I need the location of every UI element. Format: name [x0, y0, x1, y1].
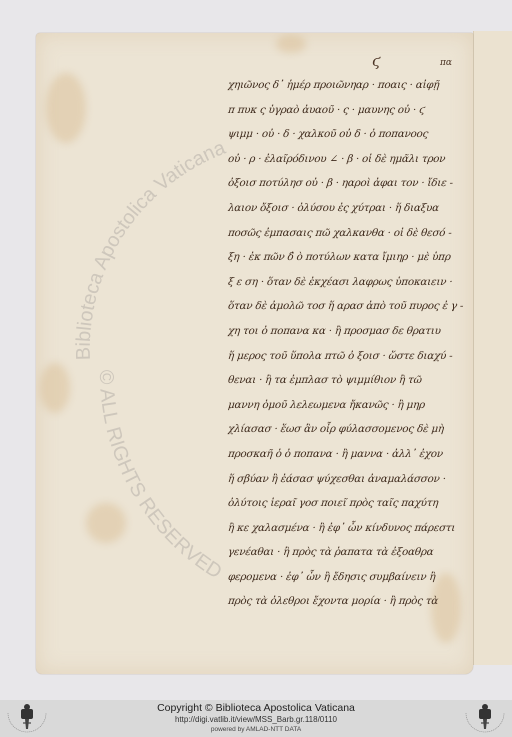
text-line: ἢ κε χαλασμένα · ἢ ἐφ᾽ ὧν κίνδυνος πάρεσ…: [227, 516, 475, 541]
text-line: ἥ σβύαν ἢ ἐάσασ ψύχεσθαι ἀναμαλάσσον ·: [227, 467, 475, 492]
text-line: μαννη ὁμοῦ λελεωμενα ἤκανῶς · ἢ μηρ: [227, 393, 475, 418]
text-line: ὀξοισ ποτύλησ οὐ · β · ηαροὶ ἀφαι τον · …: [227, 171, 475, 196]
text-line: ξ ε ση · ὅταν δὲ ἐκχέασι λαφρως ὑποκαιει…: [227, 270, 475, 295]
stain: [276, 35, 306, 53]
manuscript-text: χηιῶνος δ᾽ ἡμέρ προιῶνηαρ · ποαις · αἰφῇ…: [228, 73, 473, 614]
copyright-text: Copyright © Biblioteca Apostolica Vatica…: [0, 702, 512, 714]
stain: [40, 363, 70, 413]
folio-mark: ϛ: [372, 52, 380, 70]
text-line: θεναι · ἢ τα ἐμπλασ τὸ ψιμμίθιον ἢ τῶ: [227, 368, 475, 393]
powered-by-text: powered by AMLAD-NTT DATA: [0, 726, 512, 733]
text-line: οὐ · ρ · ἐλαῖρόδινου ∠ · β · οἱ δὲ ημᾶλι…: [227, 147, 475, 172]
permalink-url[interactable]: http://digi.vatlib.it/view/MSS_Barb.gr.1…: [0, 715, 512, 724]
copyright-footer: Copyright © Biblioteca Apostolica Vatica…: [0, 700, 512, 737]
vatican-library-logo-icon: [460, 703, 510, 735]
text-line: χηιῶνος δ᾽ ἡμέρ προιῶνηαρ · ποαις · αἰφῇ: [227, 73, 475, 98]
text-line: ξη · ἐκ πῶν δ̓ ὸ ποτύλων κατα ἴμιηρ · μὲ…: [227, 245, 475, 270]
facing-page-edge: [473, 31, 512, 665]
image-viewer: Biblioteca Apostolica Vaticana © ALL RIG…: [0, 0, 512, 700]
text-line: π πυκ ς ὑγραὸ ἀυαοῦ · ς · μαυνης οὐ · ϛ: [227, 98, 475, 123]
text-line: χη τοι ὀ ποπανα κα · ἢ προσμασ δε θρατιυ: [227, 319, 475, 344]
text-line: φερομενα · ἐφ᾽ ὧν ἢ ἔδησις συμβαίνειν ἢ: [227, 565, 475, 590]
corner-annotation: πα: [440, 58, 452, 68]
stain: [46, 73, 86, 143]
stain: [86, 503, 126, 543]
text-line: ὀλύτοις ἱεραῖ γοσ ποιεῖ πρὸς ταῖς παχύτη: [227, 491, 475, 516]
text-line: γενέαθαι · ἢ πρὸς τὰ ῥαπατα τὰ ἐξοαθρα: [227, 540, 475, 565]
text-line: προσκαῆ ὁ ὀ ποπανα · ἢ μαννα · ἀλλ᾽ ἐχον: [227, 442, 475, 467]
text-line: πρὸς τὰ ὀλεθροι ἔχοντα μορία · ἢ πρὸς τὰ: [227, 589, 475, 614]
text-line: ποσῶς ἐμπασαις πῶ χαλκανθα · οἱ δὲ θεσό …: [227, 221, 475, 246]
text-line: ψιμμ · οὐ · δ · χαλκοῦ οὐ δ · ὀ ποπανοος: [227, 122, 475, 147]
text-line: λαιον ὄξοισ · ὀλύσου ἐς χύτραι · ἥ διαξυ…: [227, 196, 475, 221]
text-line: ὅταν δὲ ἀμολῶ τοσ ἥ αρασ ἀπὸ τοῦ πυρος ἐ…: [227, 294, 475, 319]
text-line: ἥ μερος τοῦ ὕπολα πτῶ ὀ ξοισ · ὥστε διαχ…: [227, 344, 475, 369]
text-line: χλίασασ · ἕωσ ἂν οἶρ φύλασσομενος δὲ μὴ: [227, 417, 475, 442]
